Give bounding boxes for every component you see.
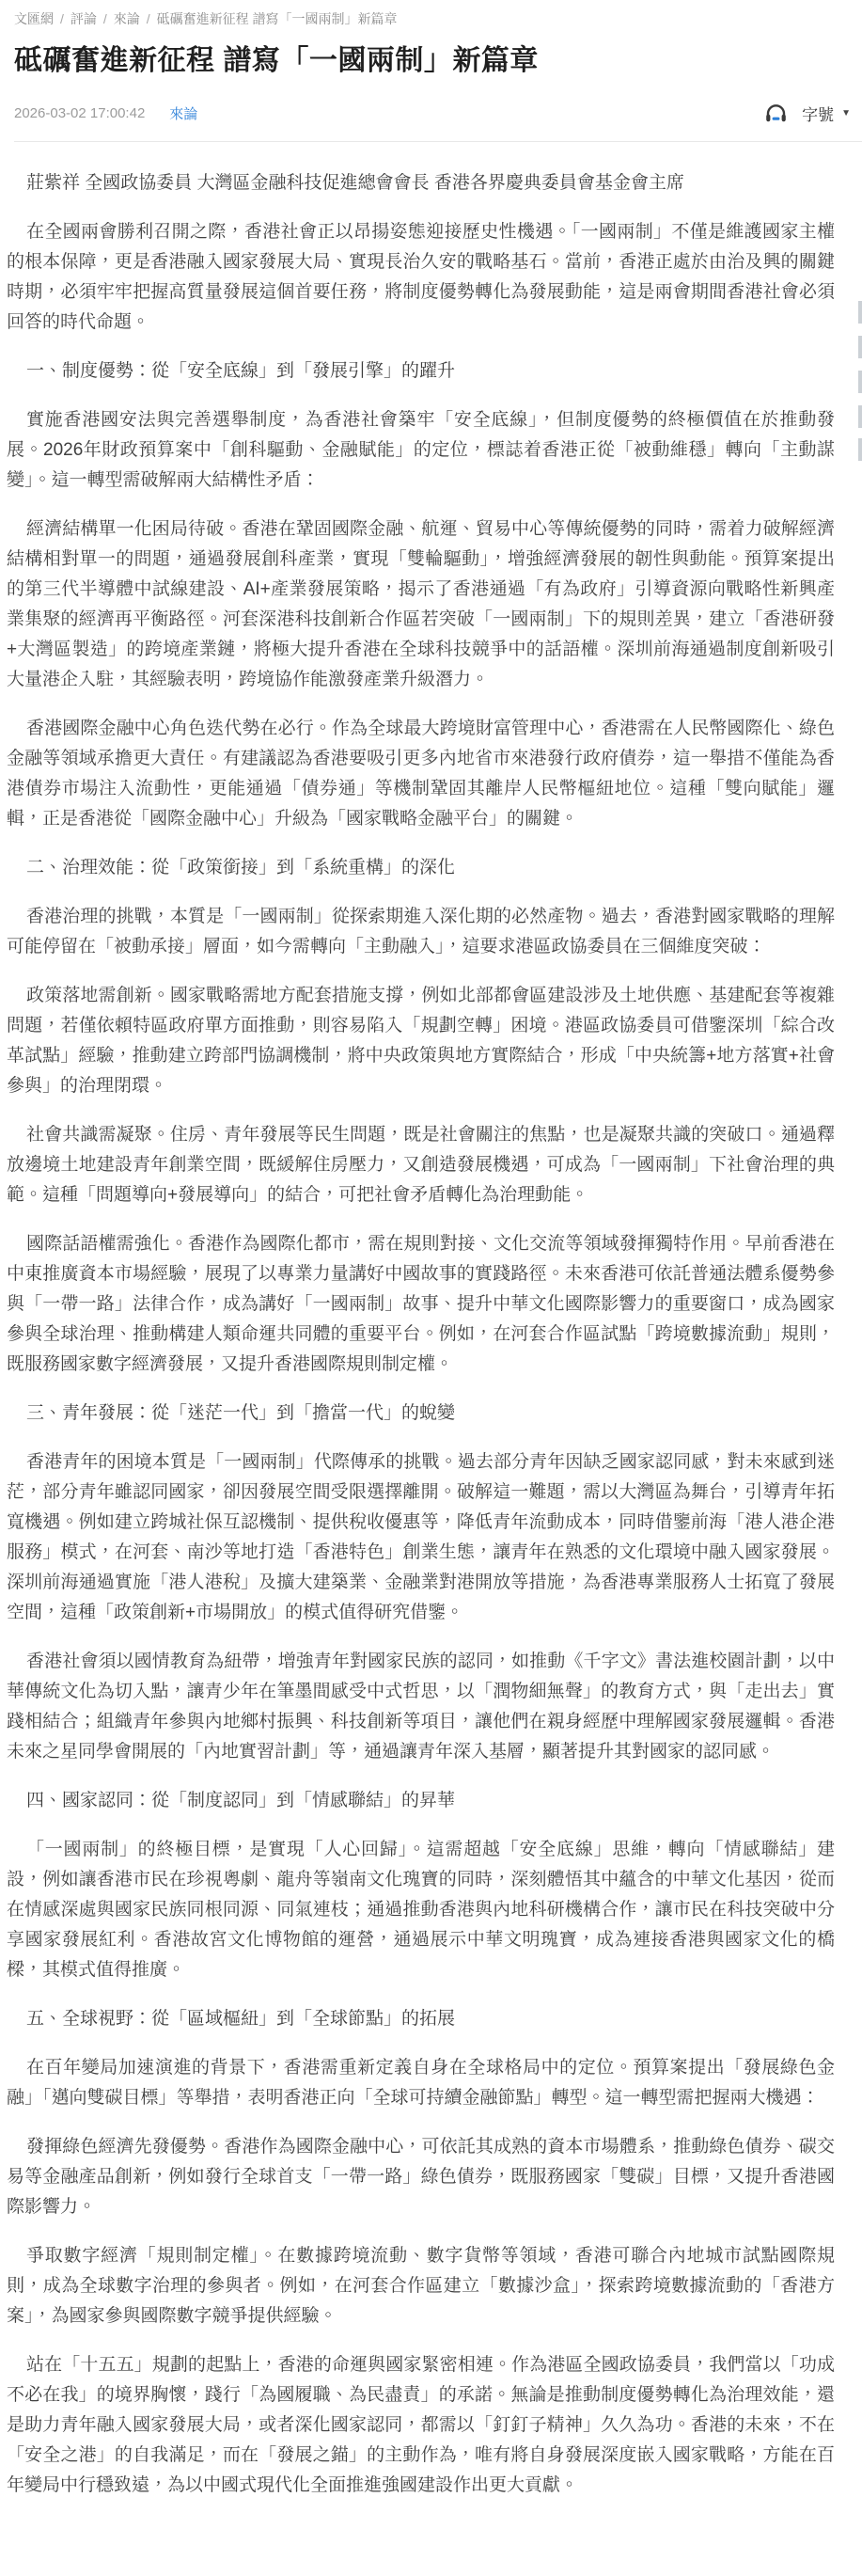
article-paragraph: 爭取數字經濟「規則制定權」。在數據跨境流動、數字貨幣等領域，香港可聯合內地城市試… <box>7 2241 835 2331</box>
article-page: 文匯網/評論/來論/砥礪奮進新征程 譜寫「一國兩制」新篇章 砥礪奮進新征程 譜寫… <box>0 0 862 2576</box>
section-heading: 二、治理效能：從「政策銜接」到「系統重構」的深化 <box>7 853 835 883</box>
breadcrumb-current: 砥礪奮進新征程 譜寫「一國兩制」新篇章 <box>157 11 398 26</box>
clipped-text-sliver <box>858 301 862 324</box>
section-heading: 一、制度優勢：從「安全底線」到「發展引擎」的躍升 <box>7 356 835 387</box>
listen-button[interactable] <box>763 103 789 125</box>
article-paragraph: 經濟結構單一化困局待破。香港在鞏固國際金融、航運、貿易中心等傳統優勢的同時，需着… <box>7 514 835 695</box>
author-line: 莊紫祥 全國政協委員 大灣區金融科技促進總會會長 香港各界慶典委員會基金會主席 <box>7 168 835 198</box>
article-paragraph: 香港社會須以國情教育為紐帶，增強青年對國家民族的認同，如推動《千字文》書法進校園… <box>7 1647 835 1767</box>
article-paragraph: 國際話語權需強化。香港作為國際化都市，需在規則對接、文化交流等領域發揮獨特作用。… <box>7 1229 835 1380</box>
font-size-label: 字號 <box>802 102 834 125</box>
article-paragraph: 香港青年的困境本質是「一國兩制」代際傳承的挑戰。過去部分青年因缺乏國家認同感，對… <box>7 1447 835 1628</box>
category-tag-link[interactable]: 來論 <box>169 103 197 123</box>
font-size-control[interactable]: 字號 ▼ <box>802 102 851 125</box>
breadcrumb: 文匯網/評論/來論/砥礪奮進新征程 譜寫「一國兩制」新篇章 <box>0 0 862 28</box>
article-paragraph: 實施香港國安法與完善選舉制度，為香港社會築牢「安全底線」，但制度優勢的終極價值在… <box>7 405 835 496</box>
headphone-icon <box>763 103 789 125</box>
article-paragraph: 政策落地需創新。國家戰略需地方配套措施支撐，例如北部都會區建設涉及土地供應、基建… <box>7 981 835 1101</box>
chevron-down-icon: ▼ <box>841 108 851 119</box>
article-meta: 2026-03-02 17:00:42 來論 字號 ▼ <box>14 102 851 125</box>
article-paragraph: 在百年變局加速演進的背景下，香港需重新定義自身在全球格局中的定位。預算案提出「發… <box>7 2053 835 2113</box>
breadcrumb-separator: / <box>60 11 64 26</box>
breadcrumb-item[interactable]: 文匯網 <box>14 11 54 26</box>
publish-date: 2026-03-02 17:00:42 <box>14 105 145 121</box>
article-body: 莊紫祥 全國政協委員 大灣區金融科技促進總會會長 香港各界慶典委員會基金會主席在… <box>0 142 862 2576</box>
clipped-text-sliver <box>858 371 862 393</box>
clipped-text-sliver <box>858 336 862 358</box>
article-paragraph: 站在「十五五」規劃的起點上，香港的命運與國家緊密相連。作為港區全國政協委員，我們… <box>7 2350 835 2501</box>
breadcrumb-item[interactable]: 評論 <box>71 11 97 26</box>
section-heading: 五、全球視野：從「區域樞紐」到「全球節點」的拓展 <box>7 2004 835 2034</box>
clipped-text-sliver <box>858 438 862 461</box>
breadcrumb-separator: / <box>147 11 150 26</box>
section-heading: 三、青年發展：從「迷茫一代」到「擔當一代」的蛻變 <box>7 1399 835 1429</box>
clipped-text-sliver <box>858 405 862 428</box>
article-toolbar: 字號 ▼ <box>763 102 851 125</box>
article-paragraph: 發揮綠色經濟先發優勢。香港作為國際金融中心，可依託其成熟的資本市場體系，推動綠色… <box>7 2132 835 2222</box>
article-paragraph: 社會共識需凝聚。住房、青年發展等民生問題，既是社會關注的焦點，也是凝聚共識的突破… <box>7 1120 835 1210</box>
article-paragraph: 「一國兩制」的終極目標，是實現「人心回歸」。這需超越「安全底線」思維，轉向「情感… <box>7 1835 835 1985</box>
article-paragraph: 在全國兩會勝利召開之際，香港社會正以昂揚姿態迎接歷史性機遇。「一國兩制」不僅是維… <box>7 217 835 338</box>
article-paragraph: 香港治理的挑戰，本質是「一國兩制」從探索期進入深化期的必然產物。過去，香港對國家… <box>7 902 835 962</box>
section-heading: 四、國家認同：從「制度認同」到「情感聯結」的昇華 <box>7 1786 835 1816</box>
article-paragraph: 香港國際金融中心角色迭代勢在必行。作為全球最大跨境財富管理中心，香港需在人民幣國… <box>7 714 835 834</box>
breadcrumb-item[interactable]: 來論 <box>114 11 140 26</box>
breadcrumb-separator: / <box>103 11 107 26</box>
page-title: 砥礪奮進新征程 譜寫「一國兩制」新篇章 <box>14 43 848 79</box>
